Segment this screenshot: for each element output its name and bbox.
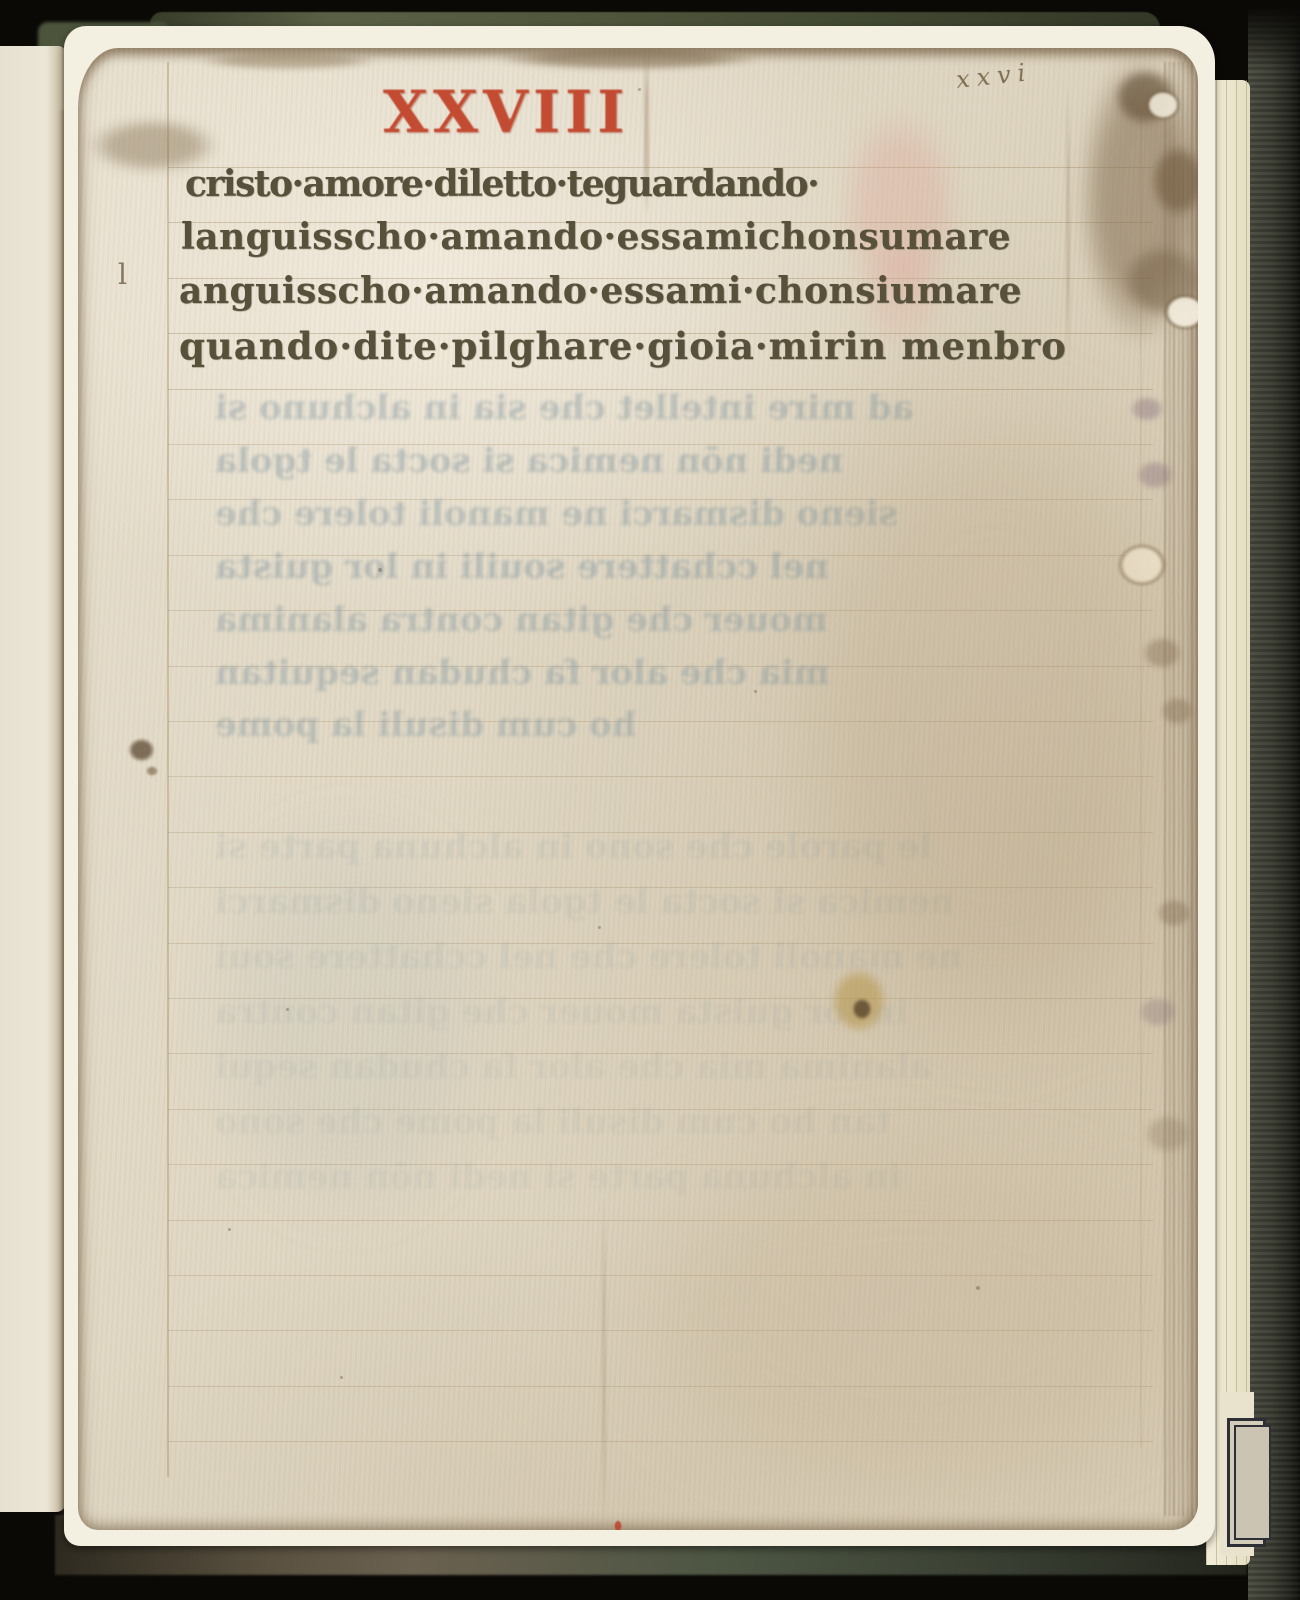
calibration-card (1220, 1392, 1254, 1556)
stain-edge-dot-4 (1138, 996, 1178, 1028)
manuscript-text-line-2: languisscho·amando·essamichonsumare (181, 216, 1011, 258)
cover-shadow (1248, 0, 1300, 70)
stain-soft-discolor-right (778, 368, 1198, 1068)
stain-soft-blue-lowerleft (198, 808, 498, 1228)
speck (976, 1286, 980, 1290)
stain-corner-hole-2 (1146, 90, 1180, 120)
speck (228, 1228, 231, 1231)
stain-margin-spot-small (146, 766, 158, 776)
stain-red-fleck (614, 1520, 622, 1530)
stain-edge-dot-purple-1 (1130, 396, 1164, 422)
calibration-card-inner-frame (1234, 1425, 1271, 1540)
stain-edge-smudge (1144, 1114, 1192, 1154)
stain-margin-spot (128, 738, 155, 762)
stain-top-edge-stain-2 (198, 52, 378, 70)
stain-top-edge-stain-1 (498, 48, 758, 70)
chapter-numeral-rubric: XXVIII (383, 78, 629, 146)
stain-corner-blotch-2 (1150, 144, 1198, 218)
manuscript-text-line-3: anguisscho·amando·essami·chonsiumare (179, 270, 1022, 312)
cover-texture (1248, 0, 1300, 1600)
speck (378, 568, 382, 572)
manuscript-photo: ad mire intellet che sia in alchuno sine… (0, 0, 1300, 1600)
manuscript-text-line-1: cristo·amore·diletto·teguardando· (185, 163, 818, 205)
stain-corner-hole-1 (1164, 294, 1198, 330)
speck (340, 1376, 343, 1379)
book-cover-right-edge (1248, 0, 1300, 1600)
speck (638, 88, 641, 91)
speck (598, 926, 601, 929)
speck (286, 1008, 289, 1011)
manuscript-text-line-4: quando·dite·pilghare·gioia·mirin menbro (179, 324, 1067, 368)
calibration-card-frame (1227, 1418, 1266, 1547)
speck (754, 690, 757, 693)
stain-soft-discolor-bottom (598, 1128, 1198, 1508)
stain-crease-bottom (602, 1198, 606, 1528)
vellum-page: ad mire intellet che sia in alchuno sine… (78, 48, 1198, 1530)
facing-page-edge (0, 46, 66, 1512)
margin-mark: l (118, 258, 127, 291)
